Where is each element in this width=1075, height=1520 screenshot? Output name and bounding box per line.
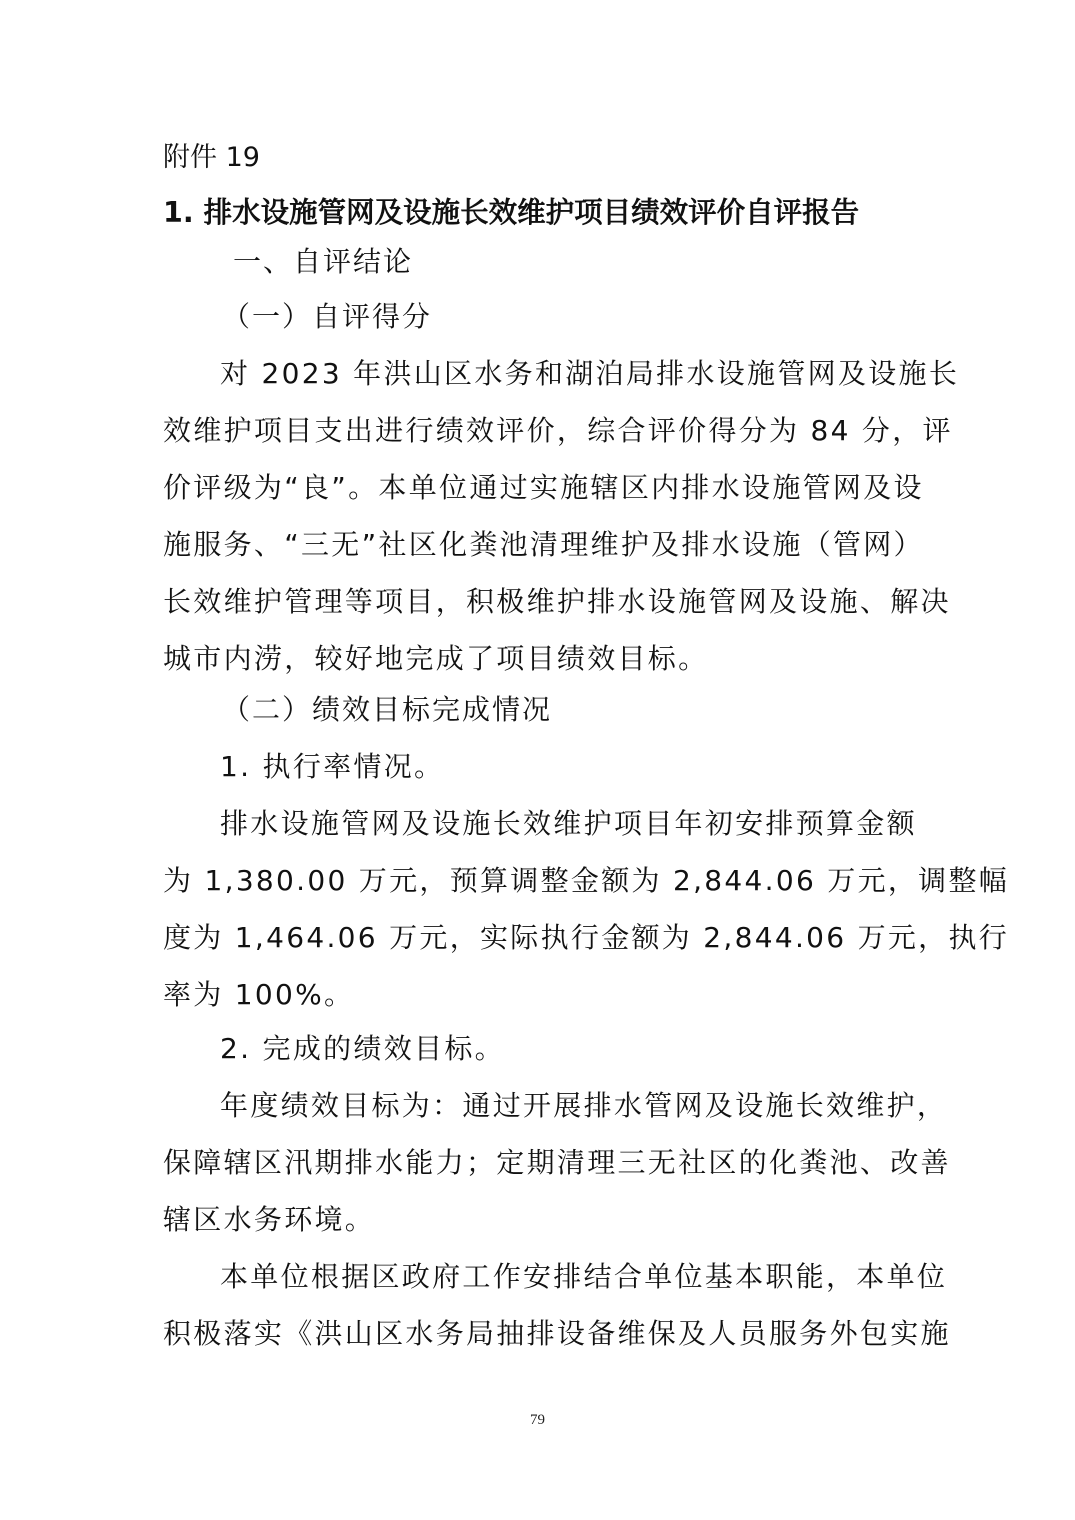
paragraph-line: 城市内涝，较好地完成了项目绩效目标。: [163, 639, 708, 679]
annex-label: 附件 19: [163, 138, 260, 178]
paragraph-line: 为 1,380.00 万元，预算调整金额为 2,844.06 万元，调整幅: [163, 861, 903, 901]
paragraph-line: 积极落实《洪山区水务局抽排设备维保及人员服务外包实施: [163, 1314, 903, 1354]
paragraph-line: 率为 100%。: [163, 975, 354, 1015]
paragraph-line: 对 2023 年洪山区水务和湖泊局排水设施管网及设施长: [220, 354, 896, 394]
paragraph-line: 年度绩效目标为：通过开展排水管网及设施长效维护，: [220, 1086, 910, 1126]
paragraph-line: 辖区水务环境。: [163, 1200, 375, 1240]
paragraph-line: 本单位根据区政府工作安排结合单位基本职能，本单位: [220, 1257, 908, 1297]
report-title: 1. 排水设施管网及设施长效维护项目绩效评价自评报告: [163, 193, 859, 233]
paragraph-line: 价评级为“良”。本单位通过实施辖区内排水设施管网及设: [163, 468, 911, 508]
paragraph-line: 施服务、“三无”社区化粪池清理维护及排水设施（管网）: [163, 525, 911, 565]
document-page: 附件 19 1. 排水设施管网及设施长效维护项目绩效评价自评报告 一、自评结论 …: [0, 0, 1075, 1520]
paragraph-line: 长效维护管理等项目，积极维护排水设施管网及设施、解决: [163, 582, 911, 622]
page-number: 79: [0, 1412, 1075, 1429]
paragraph-line: 保障辖区汛期排水能力；定期清理三无社区的化粪池、改善: [163, 1143, 911, 1183]
subsection-heading-score: （一）自评得分: [222, 297, 432, 337]
item-heading-execution-rate: 1. 执行率情况。: [220, 747, 444, 787]
paragraph-line: 效维护项目支出进行绩效评价，综合评价得分为 84 分，评: [163, 411, 911, 451]
subsection-heading-goals: （二）绩效目标完成情况: [222, 690, 552, 730]
paragraph-line: 度为 1,464.06 万元，实际执行金额为 2,844.06 万元，执行: [163, 918, 905, 958]
paragraph-line: 排水设施管网及设施长效维护项目年初安排预算金额: [220, 804, 910, 844]
item-heading-completed-goals: 2. 完成的绩效目标。: [220, 1029, 505, 1069]
section-heading-conclusion: 一、自评结论: [233, 242, 413, 282]
